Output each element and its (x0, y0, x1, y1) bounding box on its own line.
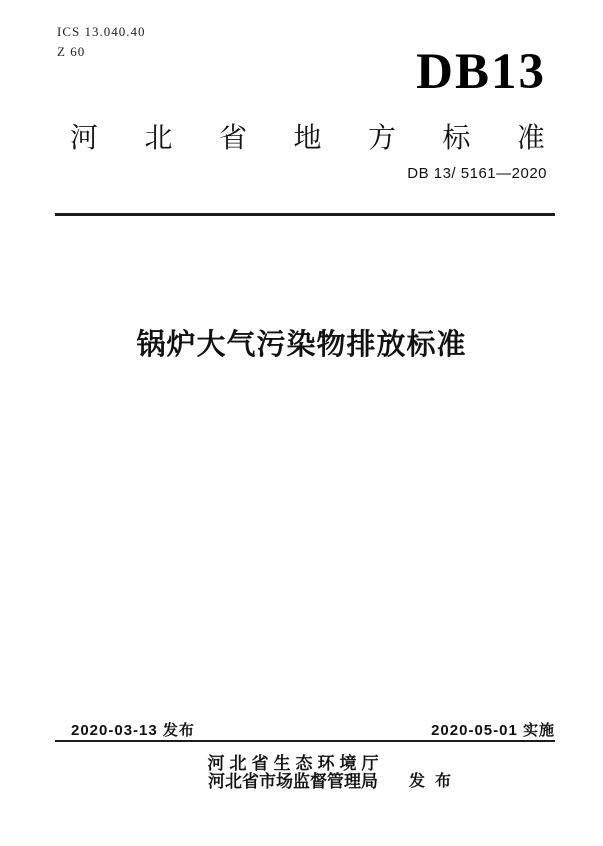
issue-label: 发布 (409, 768, 461, 791)
db13-logo: DB13 (416, 44, 546, 100)
standard-type-char: 标 (442, 116, 470, 156)
standard-type-char: 方 (368, 116, 396, 156)
standard-type-char: 北 (144, 116, 172, 156)
issuing-agency-2: 河北省市场监督管理局 (204, 773, 382, 791)
ics-code: ICS 13.040.40 (57, 22, 145, 42)
date-row: 2020-03-13 发布 2020-05-01 实施 (55, 719, 555, 740)
standard-type-char: 准 (517, 116, 545, 156)
footer-divider-rule (55, 740, 555, 742)
header-divider-rule (55, 213, 555, 216)
standard-type-char: 省 (219, 116, 247, 156)
classification-code: Z 60 (57, 42, 145, 62)
issue-date-suffix: 发布 (163, 722, 195, 739)
issuing-agencies: 河北省生态环境厅 河北省市场监督管理局 (204, 755, 382, 791)
issue-date-line: 2020-03-13 发布 (71, 719, 195, 740)
document-title: 锅炉大气污染物排放标准 (0, 322, 603, 363)
issuing-agency-1: 河北省生态环境厅 (204, 755, 387, 773)
standard-type-char: 河 (70, 116, 98, 156)
implement-date-suffix: 实施 (523, 722, 555, 739)
issue-date: 2020-03-13 (71, 722, 158, 739)
ics-classification-block: ICS 13.040.40 Z 60 (57, 22, 145, 62)
standard-cover-page: ICS 13.040.40 Z 60 DB13 河 北 省 地 方 标 准 DB… (0, 0, 603, 846)
standard-number: DB 13/ 5161—2020 (407, 165, 547, 182)
standard-type-title: 河 北 省 地 方 标 准 (70, 116, 545, 156)
implement-date-line: 2020-05-01 实施 (431, 719, 555, 740)
implement-date: 2020-05-01 (431, 722, 518, 739)
standard-type-char: 地 (293, 116, 321, 156)
